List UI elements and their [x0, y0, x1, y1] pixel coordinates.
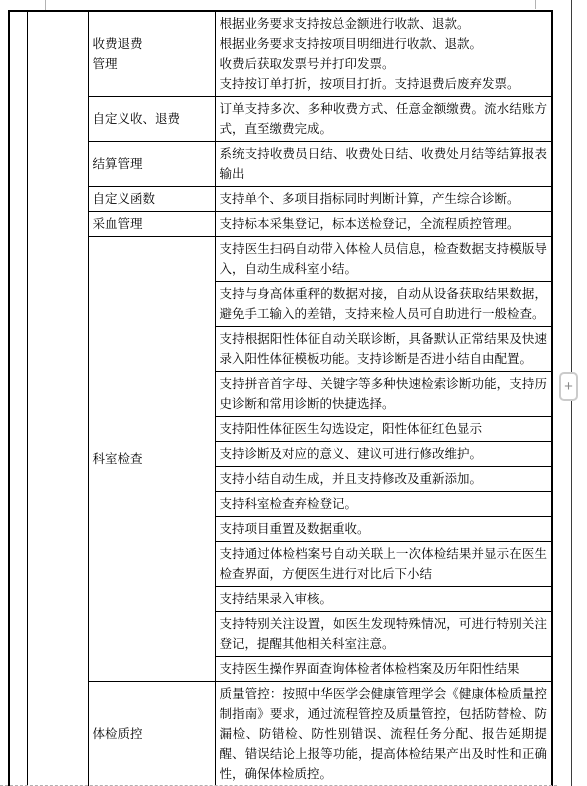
requirement-cell: 订单支持多次、多种收费方式、任意金额缴费。流水结账方式，直至缴费完成。 [215, 97, 552, 142]
module-label-cell: 体检质控 [88, 682, 215, 786]
module-label-cell: 采血管理 [88, 212, 215, 237]
module-label-cell: 自定义函数 [88, 187, 215, 212]
requirement-cell: 支持结果录入审核。 [215, 587, 552, 612]
requirement-cell: 支持通过体检档案号自动关联上一次体检结果并显示在医生检查界面，方便医生进行对比后… [215, 542, 552, 587]
table-border-stub-right [535, 0, 536, 9]
requirement-cell: 支持拼音首字母、关键字等多种快速检索诊断功能，支持历史诊断和常用诊断的快捷选择。 [215, 372, 552, 417]
requirement-cell: 支持根据阳性体征自动关联诊断，具备默认正常结果及快速录入阳性体征模板功能。支持诊… [215, 327, 552, 372]
requirement-cell: 支持阳性体征医生勾选设定，阳性体征红色显示 [215, 417, 552, 442]
document-page: 收费退费 管理根据业务要求支持按总金额进行收款、退款。 根据业务要求支持按项目明… [0, 0, 587, 786]
requirement-cell: 根据业务要求支持按总金额进行收款、退款。 根据业务要求支持按项目明细进行收款、退… [215, 11, 552, 97]
requirements-table: 收费退费 管理根据业务要求支持按总金额进行收款、退款。 根据业务要求支持按项目明… [8, 10, 553, 786]
gutter-cell-2 [27, 11, 88, 786]
requirement-cell: 支持小结自动生成，并且支持修改及重新添加。 [215, 467, 552, 492]
module-label-cell: 收费退费 管理 [88, 11, 215, 97]
plus-button[interactable]: + [559, 372, 578, 401]
requirement-cell: 质量管控：按照中华医学会健康管理学会《健康体检质量控制指南》要求，通过流程管控及… [215, 682, 552, 786]
requirement-cell: 支持单个、多项目指标同时判断计算，产生综合诊断。 [215, 187, 552, 212]
module-label-cell: 自定义收、退费 [88, 97, 215, 142]
requirement-cell: 系统支持收费员日结、收费处日结、收费处月结等结算报表输出 [215, 142, 552, 187]
module-label-cell: 科室检查 [88, 237, 215, 682]
gutter-cell-1 [9, 11, 27, 786]
requirement-cell: 支持科室检查弃检登记。 [215, 492, 552, 517]
requirement-cell: 支持医生扫码自动带入体检人员信息，检查数据支持模版导入，自动生成科室小结。 [215, 237, 552, 282]
requirement-cell: 支持标本采集登记，标本送检登记，全流程质控管理。 [215, 212, 552, 237]
requirement-cell: 支持医生操作界面查询体检者体检档案及历年阳性结果 [215, 657, 552, 682]
requirement-cell: 支持项目重置及数据重收。 [215, 517, 552, 542]
requirement-cell: 支持与身高体重秤的数据对接，自动从设备获取结果数据，避免手工输入的差错，支持来检… [215, 282, 552, 327]
requirement-cell: 支持诊断及对应的意义、建议可进行修改维护。 [215, 442, 552, 467]
requirement-cell: 支持特别关注设置，如医生发现特殊情况，可进行特别关注登记，提醒其他相关科室注意。 [215, 612, 552, 657]
module-label-cell: 结算管理 [88, 142, 215, 187]
